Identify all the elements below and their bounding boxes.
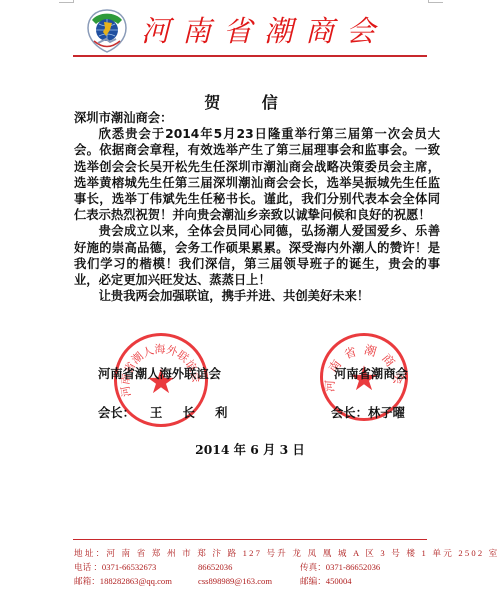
org-name-heading: 河南省潮商会 bbox=[141, 14, 387, 48]
left-chair-label: 会长： bbox=[98, 403, 135, 421]
footer-divider bbox=[73, 539, 427, 540]
letterhead-divider bbox=[73, 55, 427, 57]
paragraph-2: 贵会成立以来，全体会员同心同德，弘扬潮人爱国爱乡、乐善好施的崇高品德，会务工作硕… bbox=[74, 223, 440, 288]
chamber-logo-icon bbox=[86, 8, 128, 54]
footer-email-2: css898989@163.com bbox=[198, 574, 272, 588]
left-chair-name: 王 长 利 bbox=[150, 403, 235, 421]
footer-email-1: 邮箱：188282863@qq.com bbox=[74, 574, 172, 588]
letter-date: 2014 年 6 月 3 日 bbox=[0, 440, 500, 458]
footer-contact: 地址：河 南 省 郑 州 市 郑 汴 路 127 号升 龙 凤 凰 城 A 区 … bbox=[74, 546, 434, 588]
page-corner-mark-left bbox=[59, 0, 74, 3]
footer-fax: 传真：0371-86652036 bbox=[300, 560, 380, 574]
letter-body: 深圳市潮汕商会： 欣悉贵会于2014年5月23日隆重举行第三届第一次会员大会。依… bbox=[74, 110, 440, 304]
salutation: 深圳市潮汕商会： bbox=[74, 110, 440, 126]
footer-phone-2: 86652036 bbox=[198, 560, 232, 574]
left-signatory-org: 河南省潮人海外联谊会 bbox=[98, 364, 221, 382]
footer-phone: 电话 ：0371-66532673 bbox=[74, 560, 156, 574]
footer-address: 地址：河 南 省 郑 州 市 郑 汴 路 127 号升 龙 凤 凰 城 A 区 … bbox=[74, 546, 499, 560]
paragraph-3: 让贵我两会加强联谊，携手并进、共创美好未来！ bbox=[74, 288, 440, 304]
right-chair-label: 会长： bbox=[331, 403, 368, 421]
right-chair-name: 林子曜 bbox=[368, 403, 405, 421]
page-corner-mark-right bbox=[428, 0, 443, 3]
paragraph-1: 欣悉贵会于2014年5月23日隆重举行第三届第一次会员大会。依据商会章程，有效选… bbox=[74, 126, 440, 223]
right-signatory-org: 河南省潮商会 bbox=[334, 364, 408, 382]
footer-postcode: 邮编：450004 bbox=[300, 574, 352, 588]
letterhead: 河南省潮商会 bbox=[73, 6, 427, 58]
